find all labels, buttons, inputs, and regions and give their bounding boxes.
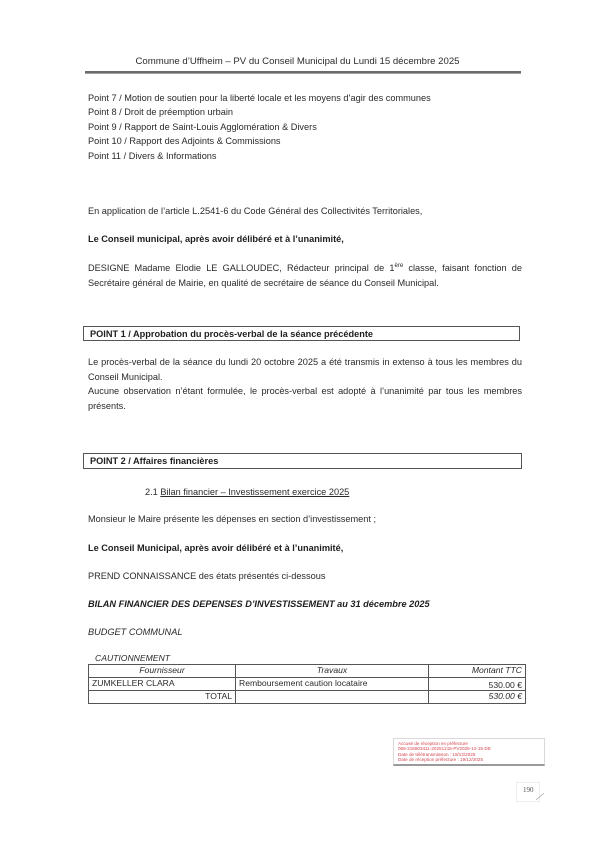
report-title: BILAN FINANCIER DES DEPENSES D’INVESTISS… [88,597,430,612]
document-header-title: Commune d’Uffheim – PV du Conseil Munici… [0,56,595,67]
point1-adoption-text: Aucune observation n’étant formulée, le … [88,384,522,413]
cell-works: Remboursement caution locataire [236,678,429,691]
column-header-works: Travaux [236,665,429,678]
column-header-amount: Montant TTC [429,665,526,678]
mayor-intro-text: Monsieur le Maire présente les dépenses … [88,512,376,527]
page-number: 190 [523,786,534,794]
agenda-item: Point 7 / Motion de soutien pour la libe… [88,91,431,105]
prefecture-receipt-stamp: Accusé de réception en préfecture 068-21… [393,738,545,766]
agenda-item: Point 11 / Divers & Informations [88,149,431,163]
point1-transmission-text: Le procès-verbal de la séance du lundi 2… [88,355,522,384]
section-header-point-1: POINT 1 / Approbation du procès-verbal d… [83,326,520,341]
table-row: ZUMKELLER CLARA Remboursement caution lo… [89,678,526,691]
acknowledgement-text: PREND CONNAISSANCE des états présentés c… [88,569,325,584]
agenda-item: Point 10 / Rapport des Adjoints & Commis… [88,134,431,148]
cautionnement-table: Fournisseur Travaux Montant TTC ZUMKELLE… [88,664,526,704]
agenda-item: Point 9 / Rapport de Saint-Louis Agglomé… [88,120,431,134]
table-header-row: Fournisseur Travaux Montant TTC [89,665,526,678]
total-empty-cell [236,691,429,704]
header-divider [85,71,521,74]
table-total-row: TOTAL 530.00 € [89,691,526,704]
agenda-list: Point 7 / Motion de soutien pour la libe… [88,91,431,163]
total-label: TOTAL [89,691,236,704]
section-header-point-2: POINT 2 / Affaires financières [83,453,522,469]
budget-label: BUDGET COMMUNAL [88,625,182,640]
deliberation-text: Le Conseil municipal, après avoir délibé… [88,232,344,247]
agenda-item: Point 8 / Droit de préemption urbain [88,105,431,119]
cell-supplier: ZUMKELLER CLARA [89,678,236,691]
total-value: 530.00 € [429,691,526,704]
cell-amount: 530.00 € [429,678,526,691]
column-header-supplier: Fournisseur [89,665,236,678]
subsection-title: 2.1 Bilan financier – Investissement exe… [145,485,349,500]
council-deliberation-text: Le Conseil Municipal, après avoir délibé… [88,541,343,556]
stamp-line: Date de réception préfecture : 19/12/202… [398,757,540,762]
designation-text: DESIGNE Madame Elodie LE GALLOUDEC, Réda… [88,259,522,290]
application-article-text: En application de l’article L.2541-6 du … [88,204,422,219]
